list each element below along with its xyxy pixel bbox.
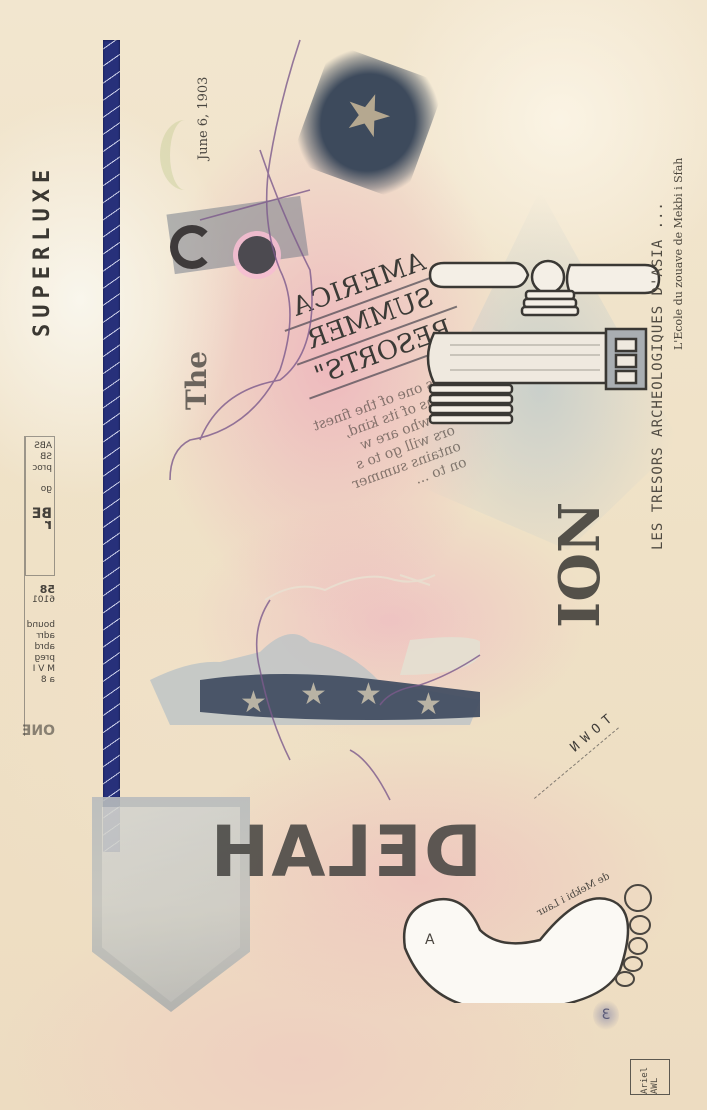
word-town: TOWN: [521, 712, 619, 799]
svg-text:★: ★: [300, 677, 327, 712]
artist-signature: Ariel AWL: [630, 1059, 670, 1095]
ledger-text: a 8: [25, 675, 55, 686]
ledger-text: SB: [28, 452, 52, 463]
blue-stripe: [103, 40, 120, 852]
ledger-text: adrr: [25, 631, 55, 642]
number-stamp: 3: [593, 1000, 619, 1030]
ledger-text: go: [28, 484, 52, 495]
faucet-icon: [420, 255, 665, 445]
ledger-text: 6101: [25, 595, 55, 606]
word-ion: ION: [548, 495, 628, 635]
ledger-text: 58: [25, 584, 55, 595]
ledger-text: r: [28, 520, 52, 531]
figure-with-flag-icon: ★ ★ ★ ★: [150, 620, 480, 725]
word-the: The: [180, 260, 220, 410]
ledger-text: bound: [25, 620, 55, 631]
superluxe-text: SUPERLUXE: [30, 140, 70, 360]
ledger-strip: ABS SB proc go BE r 58 6101 bound adrr a…: [24, 436, 55, 736]
date-stamp: June 6, 1903: [196, 50, 226, 160]
ledger-text: proc: [28, 463, 52, 474]
svg-text:★: ★: [415, 687, 442, 722]
ledger-text: abrd: [25, 642, 55, 653]
town-text: TOWN: [521, 712, 615, 794]
svg-text:★: ★: [355, 677, 382, 712]
ledger-box: ABS SB proc go BE r: [25, 436, 55, 576]
ledger-text: M V I: [25, 664, 55, 675]
svg-text:★: ★: [240, 685, 267, 720]
ledger-text: preg: [25, 653, 55, 664]
french-caption-2: LES TRESORS ARCHEOLOGIQUES D'ASIA ...: [650, 30, 674, 550]
ledger-text: ABS: [28, 441, 52, 452]
dark-disc: [238, 236, 276, 274]
star-icon: ★: [334, 81, 400, 151]
collage-canvas: SUPERLUXE June 6, 1903 ABS SB proc go BE…: [0, 0, 707, 1110]
footprint-letter: A: [425, 932, 435, 948]
french-caption-1: L'Ecole du zouave de Mekbi i Sfah: [672, 20, 696, 350]
ledger-text: ONE: [25, 726, 55, 737]
star-patch-icon: ★: [290, 43, 446, 202]
